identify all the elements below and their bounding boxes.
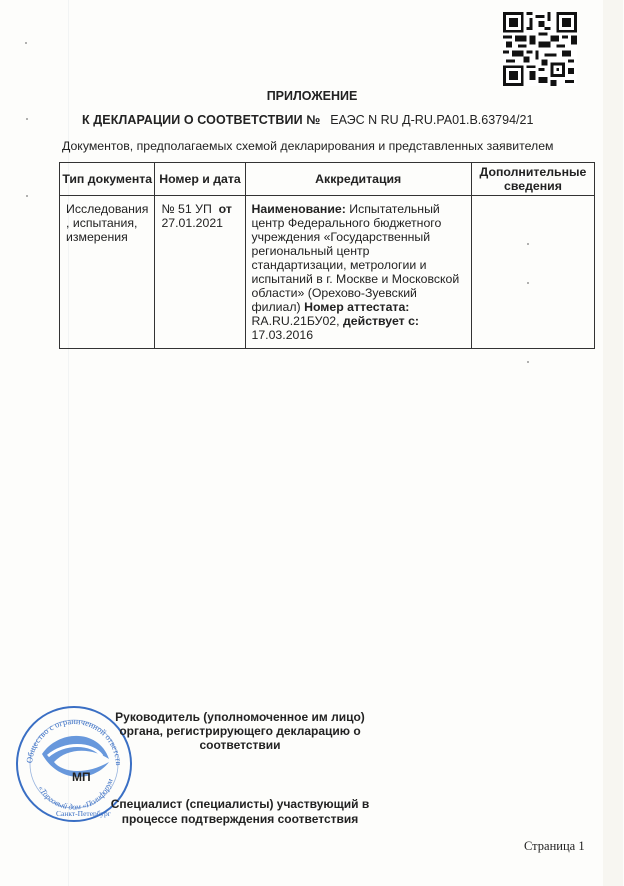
document-title: ПРИЛОЖЕНИЕ: [0, 89, 624, 103]
valid-value: 17.03.2016: [252, 328, 314, 342]
accreditation-table: Тип документа Номер и дата Аккредитация …: [59, 162, 595, 349]
cell-number-date: № 51 УП от 27.01.2021: [155, 196, 245, 349]
scan-speck: [527, 282, 529, 284]
scan-speck: [26, 195, 28, 197]
qr-code-icon: [503, 12, 577, 86]
doc-number: № 51 УП: [161, 202, 211, 216]
valid-label: действует с:: [343, 314, 419, 328]
declaration-label: К ДЕКЛАРАЦИИ О СООТВЕТСТВИИ №: [82, 113, 320, 127]
header-doc-type: Тип документа: [60, 163, 155, 196]
stamp-place-label: МП: [72, 770, 91, 784]
scan-edge-right: [603, 0, 623, 886]
specialist-signature-label: Специалист (специалисты) участвующий в п…: [100, 797, 380, 827]
cell-additional: [471, 196, 594, 349]
declaration-line: К ДЕКЛАРАЦИИ О СООТВЕТСТВИИ №ЕАЭС N RU Д…: [82, 113, 533, 127]
cert-value: RA.RU.21БУ02,: [252, 314, 340, 328]
doc-date: 27.01.2021: [161, 216, 223, 230]
scan-speck: [25, 42, 27, 44]
head-signature-label: Руководитель (уполномоченное им лицо) ор…: [110, 710, 370, 752]
cell-accreditation: Наименование: Испытательный центр Федера…: [245, 196, 471, 349]
scan-speck: [527, 361, 529, 363]
declaration-number: ЕАЭС N RU Д-RU.PA01.B.63794/21: [330, 113, 533, 127]
cert-label: Номер аттестата:: [304, 300, 409, 314]
from-label: от: [219, 202, 232, 216]
scan-speck: [26, 118, 28, 120]
document-description: Документов, предполагаемых схемой деклар…: [62, 139, 554, 153]
header-additional: Дополнительные сведения: [471, 163, 594, 196]
header-accreditation: Аккредитация: [245, 163, 471, 196]
cell-doc-type: Исследования , испытания, измерения: [60, 196, 155, 349]
header-number-date: Номер и дата: [155, 163, 245, 196]
table-row: Исследования , испытания, измерения № 51…: [60, 196, 595, 349]
name-label: Наименование:: [252, 202, 346, 216]
page-number: Страница 1: [524, 839, 585, 854]
name-value: Испытательный центр Федерального бюджетн…: [252, 202, 460, 314]
scan-speck: [527, 243, 529, 245]
